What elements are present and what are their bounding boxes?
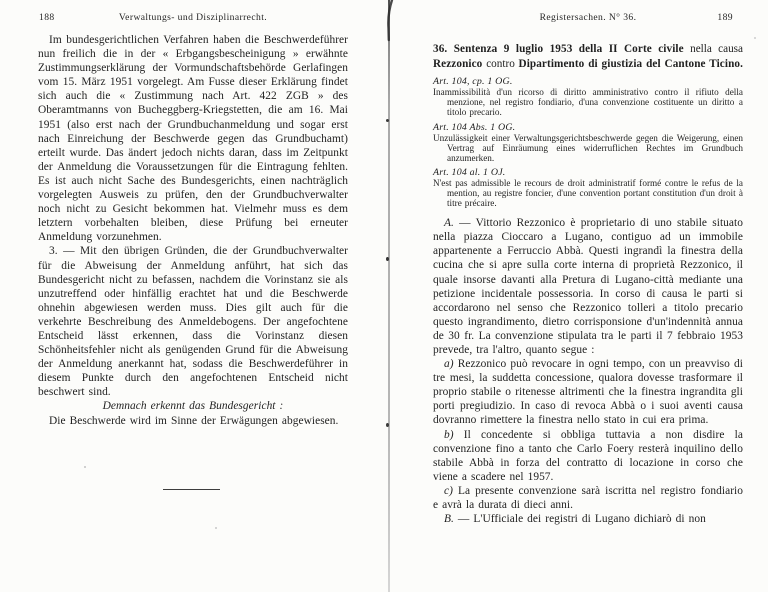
scan-speck (84, 466, 86, 468)
verdict-text: Die Beschwerde wird im Sinne der Erwägun… (38, 414, 348, 428)
verdict-heading: Demnach erkennt das Bundesgericht : (38, 399, 348, 413)
paragraph-a-lead: a) (444, 358, 454, 370)
left-paragraph-2: 3. — Mit den übrigen Gründen, die der Gr… (38, 244, 348, 399)
case-title: 36. Sentenza 9 luglio 1953 della II Cort… (433, 42, 743, 72)
case-title-run: nella causa (690, 43, 743, 55)
headnote-art-1: Art. 104, cp. 1 OG. (433, 76, 743, 87)
paragraph-A: A. — Vittorio Rezzonico è proprietario d… (433, 216, 743, 357)
case-title-run: Dipartimento di giustizia del Cantone Ti… (519, 58, 743, 70)
paragraph-c-lead: c) (444, 485, 453, 497)
left-body-text: Im bundesgerichtlichen Verfahren haben d… (38, 33, 348, 428)
left-running-head-title: Verwaltungs- und Disziplinarrecht. (38, 12, 348, 23)
headnote-text-3: N'est pas admissible le recours de droit… (433, 179, 743, 209)
right-running-head-title: Registersachen. N° 36. (433, 12, 743, 23)
headnote-art-3: Art. 104 al. 1 OJ. (433, 167, 743, 178)
scan-speck (386, 119, 389, 122)
right-page-number: 189 (717, 12, 733, 23)
headnotes: Art. 104, cp. 1 OG. Inammissibilità d'un… (433, 76, 743, 209)
paragraph-a-text: Rezzonico può revocare in ogni tempo, co… (433, 358, 743, 426)
case-title-run: contro (486, 58, 518, 70)
paragraph-b: b) Il concedente si obbliga tuttavia a n… (433, 428, 743, 484)
headnote-text-1: Inammissibilità d'un ricorso di diritto … (433, 88, 743, 118)
headnote-text-2: Unzulässigkeit einer Verwaltungsgerichts… (433, 134, 743, 164)
case-title-run: 36. Sentenza 9 luglio 1953 della II Cort… (433, 43, 690, 55)
paragraph-c-text: La presente convenzione sarà iscritta ne… (433, 485, 743, 511)
right-body-text: A. — Vittorio Rezzonico è proprietario d… (433, 216, 743, 526)
headnote-art-2: Art. 104 Abs. 1 OG. (433, 122, 743, 133)
paragraph-B-lead: B. (444, 513, 454, 525)
left-paragraph-1: Im bundesgerichtlichen Verfahren haben d… (38, 33, 348, 244)
paragraph-A-text: — Vittorio Rezzonico è proprietario di u… (433, 217, 743, 356)
page-fold-divider (388, 0, 390, 592)
book-spread: 188 Verwaltungs- und Disziplinarrecht. I… (0, 0, 768, 592)
left-page: 188 Verwaltungs- und Disziplinarrecht. I… (38, 12, 348, 428)
scan-speck (386, 423, 389, 427)
scan-speck (754, 37, 756, 39)
paragraph-A-lead: A. (444, 217, 454, 229)
right-page: Registersachen. N° 36. 189 36. Sentenza … (433, 12, 743, 526)
section-divider-rule (163, 489, 220, 490)
paragraph-B: B. — L'Ufficiale dei registri di Lugano … (433, 512, 743, 526)
paragraph-b-text: Il concedente si obbliga tuttavia a non … (433, 429, 743, 483)
scan-speck (215, 527, 217, 529)
fold-top-curve-mark (382, 0, 396, 42)
left-running-header: 188 Verwaltungs- und Disziplinarrecht. (38, 12, 348, 25)
scan-speck (386, 257, 389, 261)
paragraph-c: c) La presente convenzione sarà iscritta… (433, 484, 743, 512)
paragraph-b-lead: b) (444, 429, 454, 441)
paragraph-a: a) Rezzonico può revocare in ogni tempo,… (433, 357, 743, 427)
paragraph-B-text: — L'Ufficiale dei registri di Lugano dic… (454, 513, 706, 525)
right-running-header: Registersachen. N° 36. 189 (433, 12, 743, 25)
case-title-run: Rezzonico (433, 58, 486, 70)
